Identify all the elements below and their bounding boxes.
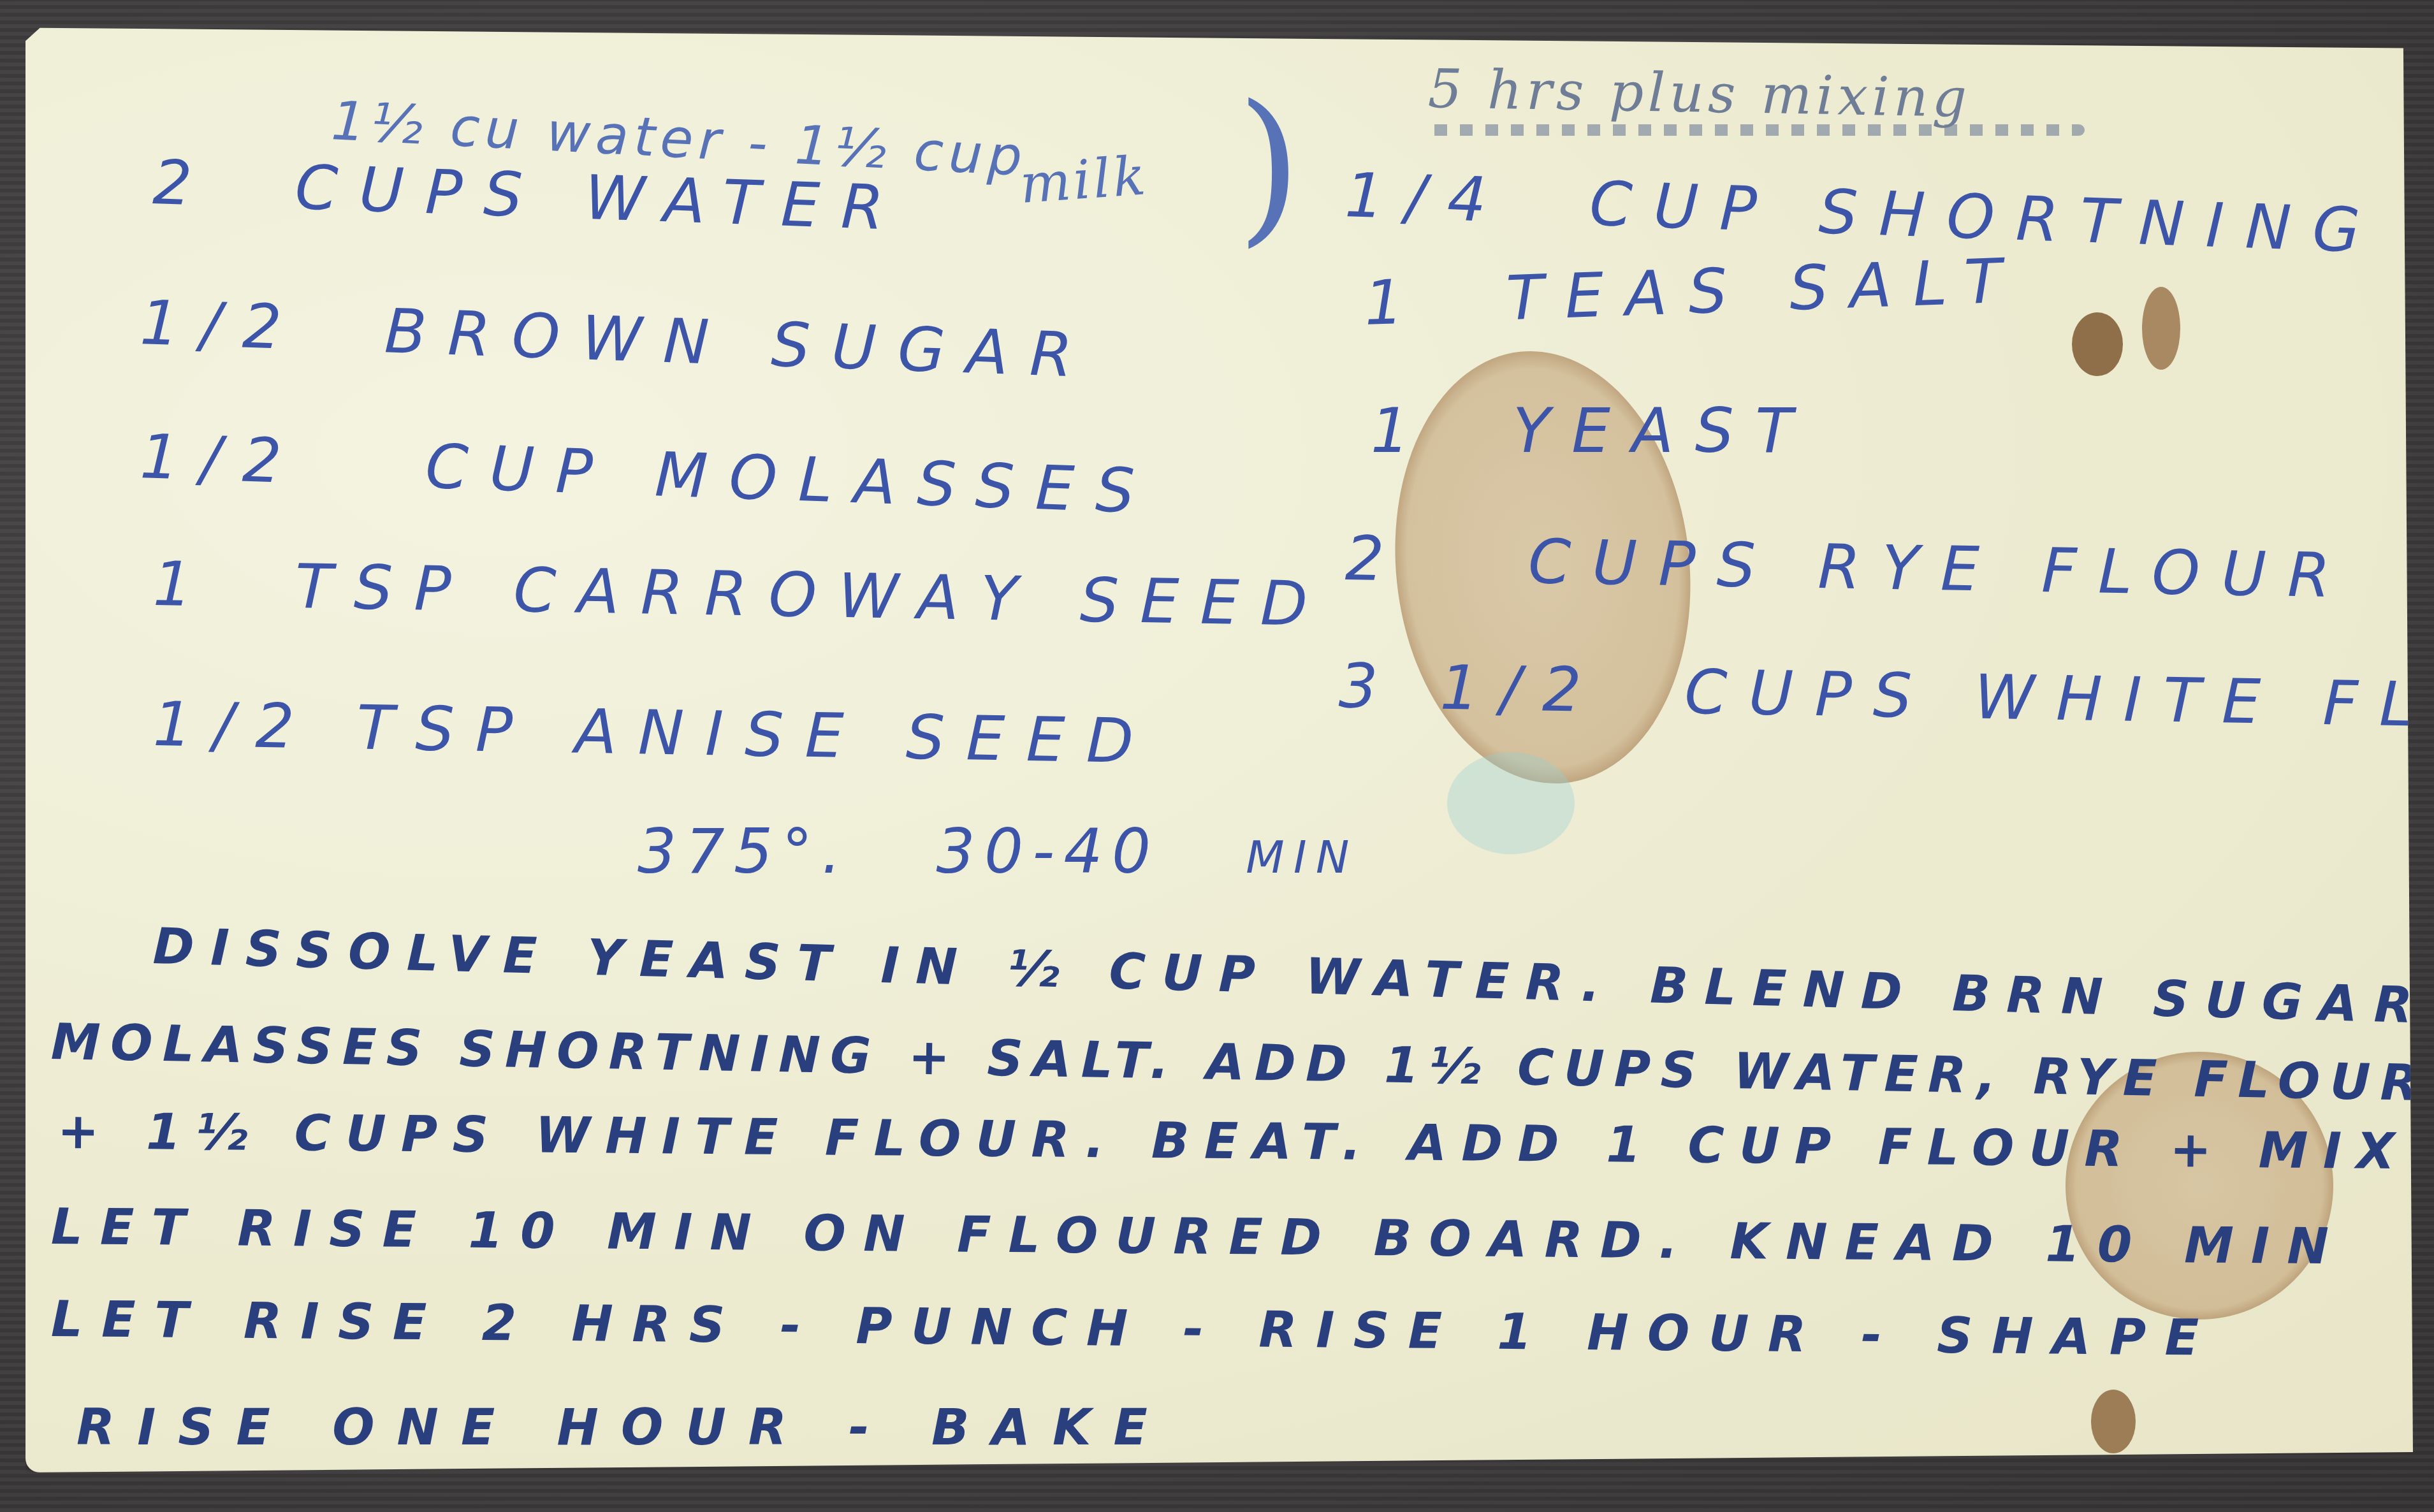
ingredient-text: CUP MOLASSES xyxy=(424,431,1157,528)
ingredient-text: TEAS SALT xyxy=(1505,245,2024,334)
ingredient-left-3: 1/2 CUP MOLASSES xyxy=(139,421,1157,528)
bracket-mark: ) xyxy=(1237,70,1301,263)
ingredient-left-2: 1/2 BROWN SUGAR xyxy=(139,287,1095,391)
instruction-line-6: RISE ONE HOUR - BAKE xyxy=(77,1399,1170,1457)
ingredient-qty: 1 xyxy=(1371,395,1431,467)
ingredient-qty: 1/2 xyxy=(139,421,304,498)
instruction-line-5: LET RISE 2 HRS - PUNCH - RISE 1 HOUR - S… xyxy=(51,1291,2219,1367)
ingredient-qty: 3 1/2 xyxy=(1338,650,1603,726)
ingredient-text: CUPS WHITE FLOUR xyxy=(1684,656,2434,744)
instruction-line-3: + 1½ CUPS WHITE FLOUR. BEAT. ADD 1 CUP F… xyxy=(57,1103,2410,1181)
ingredient-qty: 2 xyxy=(152,147,215,220)
ingredient-left-5: 1/2 TSP ANISE SEED xyxy=(152,688,1156,777)
ingredient-right-3: 1 YEAST xyxy=(1371,395,1814,467)
instruction-line-4: LET RISE 10 MIN ON FLOURED BOARD. KNEAD … xyxy=(51,1198,2347,1276)
ingredient-qty: 1/2 xyxy=(152,688,316,762)
ingredient-text: CUPS RYE FLOUR xyxy=(1527,526,2352,612)
bake-time-unit: MIN xyxy=(1246,831,1359,883)
instruction-line-1: DISSOLVE YEAST IN ½ CUP WATER. BLEND BRN… xyxy=(152,918,2430,1035)
ingredient-qty: 1 xyxy=(152,548,214,621)
top-note-milk: milk xyxy=(1018,144,1150,215)
stain-spot xyxy=(2142,287,2180,370)
ingredient-qty: 1/4 xyxy=(1344,159,1509,236)
ingredient-left-4: 1 TSP CARROWAY SEED xyxy=(152,548,1330,640)
faint-teal-mark xyxy=(1447,752,1575,854)
bake-settings: 375°. 30-40 MIN xyxy=(638,816,1359,887)
bake-temperature: 375°. xyxy=(638,816,850,887)
ingredient-qty: 1 xyxy=(1363,266,1426,339)
instruction-line-2: MOLASSES SHORTNING + SALT. ADD 1½ CUPS W… xyxy=(50,1014,2429,1112)
ingredient-text: TSP ANISE SEED xyxy=(356,692,1155,778)
ingredient-text: YEAST xyxy=(1513,395,1814,467)
ingredient-qty: 1/2 xyxy=(139,287,304,364)
stain-spot xyxy=(2091,1390,2136,1453)
underline-squiggle xyxy=(1422,124,2085,136)
top-note-right: 5 hrs plus mixing xyxy=(1427,57,1971,129)
ingredient-text: TSP CARROWAY SEED xyxy=(295,551,1330,640)
stain-spot xyxy=(2072,312,2123,376)
ingredient-text: BROWN SUGAR xyxy=(383,295,1095,391)
recipe-card: 1½ cu water - 1½ cup milk ) 5 hrs plus m… xyxy=(26,19,2423,1472)
ingredient-right-2: 1 TEAS SALT xyxy=(1363,245,2024,339)
bake-time: 30-40 xyxy=(936,816,1160,887)
ingredient-qty: 2 xyxy=(1345,523,1406,595)
